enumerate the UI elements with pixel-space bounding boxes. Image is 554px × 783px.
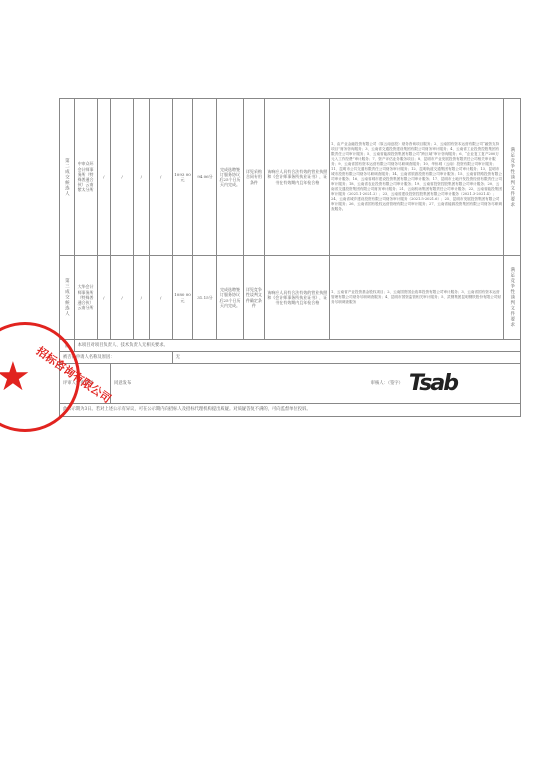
bidder-name: 中审众环会计师事务所（特殊普通合伙）云南紫太分所 xyxy=(74,99,97,256)
opinion-cell: 同意发布 审核人：（签字） Tsab xyxy=(111,364,521,404)
rejected-row: 被否决申请人名称及原因： 无 xyxy=(60,352,521,364)
price: 1080 00元 xyxy=(172,256,193,340)
bidder-name: 大华会计师事务所（特殊普通合伙）云南分所 xyxy=(74,256,97,340)
opinion-row: 评审人审查意见 同意发布 审核人：（签字） Tsab xyxy=(60,364,521,404)
table-row: 第二成交候选人 中审众环会计师事务所（特殊普通合伙）云南紫太分所 / / / /… xyxy=(60,99,521,256)
slash-cell: / xyxy=(149,99,172,256)
document-page: 第二成交候选人 中审众环会计师事务所（特殊普通合伙）云南紫太分所 / / / /… xyxy=(59,98,521,417)
rank-label: 第三成交候选人 xyxy=(64,278,69,317)
score: 94.06分 xyxy=(193,99,217,256)
signature: Tsab xyxy=(409,381,457,386)
price: 1093 00元 xyxy=(172,99,193,256)
contract-terms: 详见采购合同专用条件 xyxy=(243,99,265,256)
slash-cell: / xyxy=(111,256,134,340)
reviewer-label: 审核人：（签字） xyxy=(371,381,403,386)
performance: 1、云南省产业投资基金股权项目；2、云南国资国企改革投资有限公司审计服务；3、云… xyxy=(330,256,504,340)
rejected-value: 无 xyxy=(172,352,520,364)
contract-terms: 详见竞争性谈判文件确定条件 xyxy=(243,256,265,340)
performance: 1、由产业金融投资有限公司（原云南创投）财务咨询项目服务；2、云南国有资本运营有… xyxy=(330,99,504,256)
slash-cell: / xyxy=(134,99,150,256)
qualification: 该响应人具有合法有效的营业执照和《会计师事务所执业证书》，证书在有效期内且年检合… xyxy=(265,256,330,340)
note-text: 本项目对项目负责人、技术负责人无相关要求。 xyxy=(74,340,520,352)
slash-cell: / xyxy=(111,99,134,256)
table-row: 第三成交候选人 大华会计师事务所（特殊普通合伙）云南分所 / / / / 108… xyxy=(60,256,521,340)
service-period: 完成选聘签订服务协议后25个日历天内完成。 xyxy=(217,256,243,340)
score: 31.15分 xyxy=(193,256,217,340)
slash-cell: / xyxy=(97,99,111,256)
opinion-value: 同意发布 xyxy=(114,381,131,386)
candidates-table: 第二成交候选人 中审众环会计师事务所（特殊普通合伙）云南紫太分所 / / / /… xyxy=(59,98,521,417)
footer-text: 此公示期为3日。若对上述公示有异议，可在公示期内向招标人及招标代理机构提出质疑。… xyxy=(60,404,521,416)
rank-label: 第二成交候选人 xyxy=(64,158,69,197)
service-period: 完成选聘签订服务协议后25个日历天内完成。 xyxy=(217,99,243,256)
slash-cell: / xyxy=(97,256,111,340)
note-row: 备 本项目对项目负责人、技术负责人无相关要求。 xyxy=(60,340,521,352)
slash-cell: / xyxy=(134,256,150,340)
qualification: 该响应人具有合法有效的营业执照和《会计师事务所执业证书》，证书在有效期内且年检合… xyxy=(265,99,330,256)
star-icon: ★ xyxy=(0,357,31,397)
slash-cell: / xyxy=(149,256,172,340)
remark: 满足竞争性谈判文件要求 xyxy=(510,147,515,208)
footer-row: 此公示期为3日。若对上述公示有异议，可在公示期内向招标人及招标代理机构提出质疑。… xyxy=(60,404,521,416)
remark: 满足竞争性谈判文件要求 xyxy=(510,267,515,328)
